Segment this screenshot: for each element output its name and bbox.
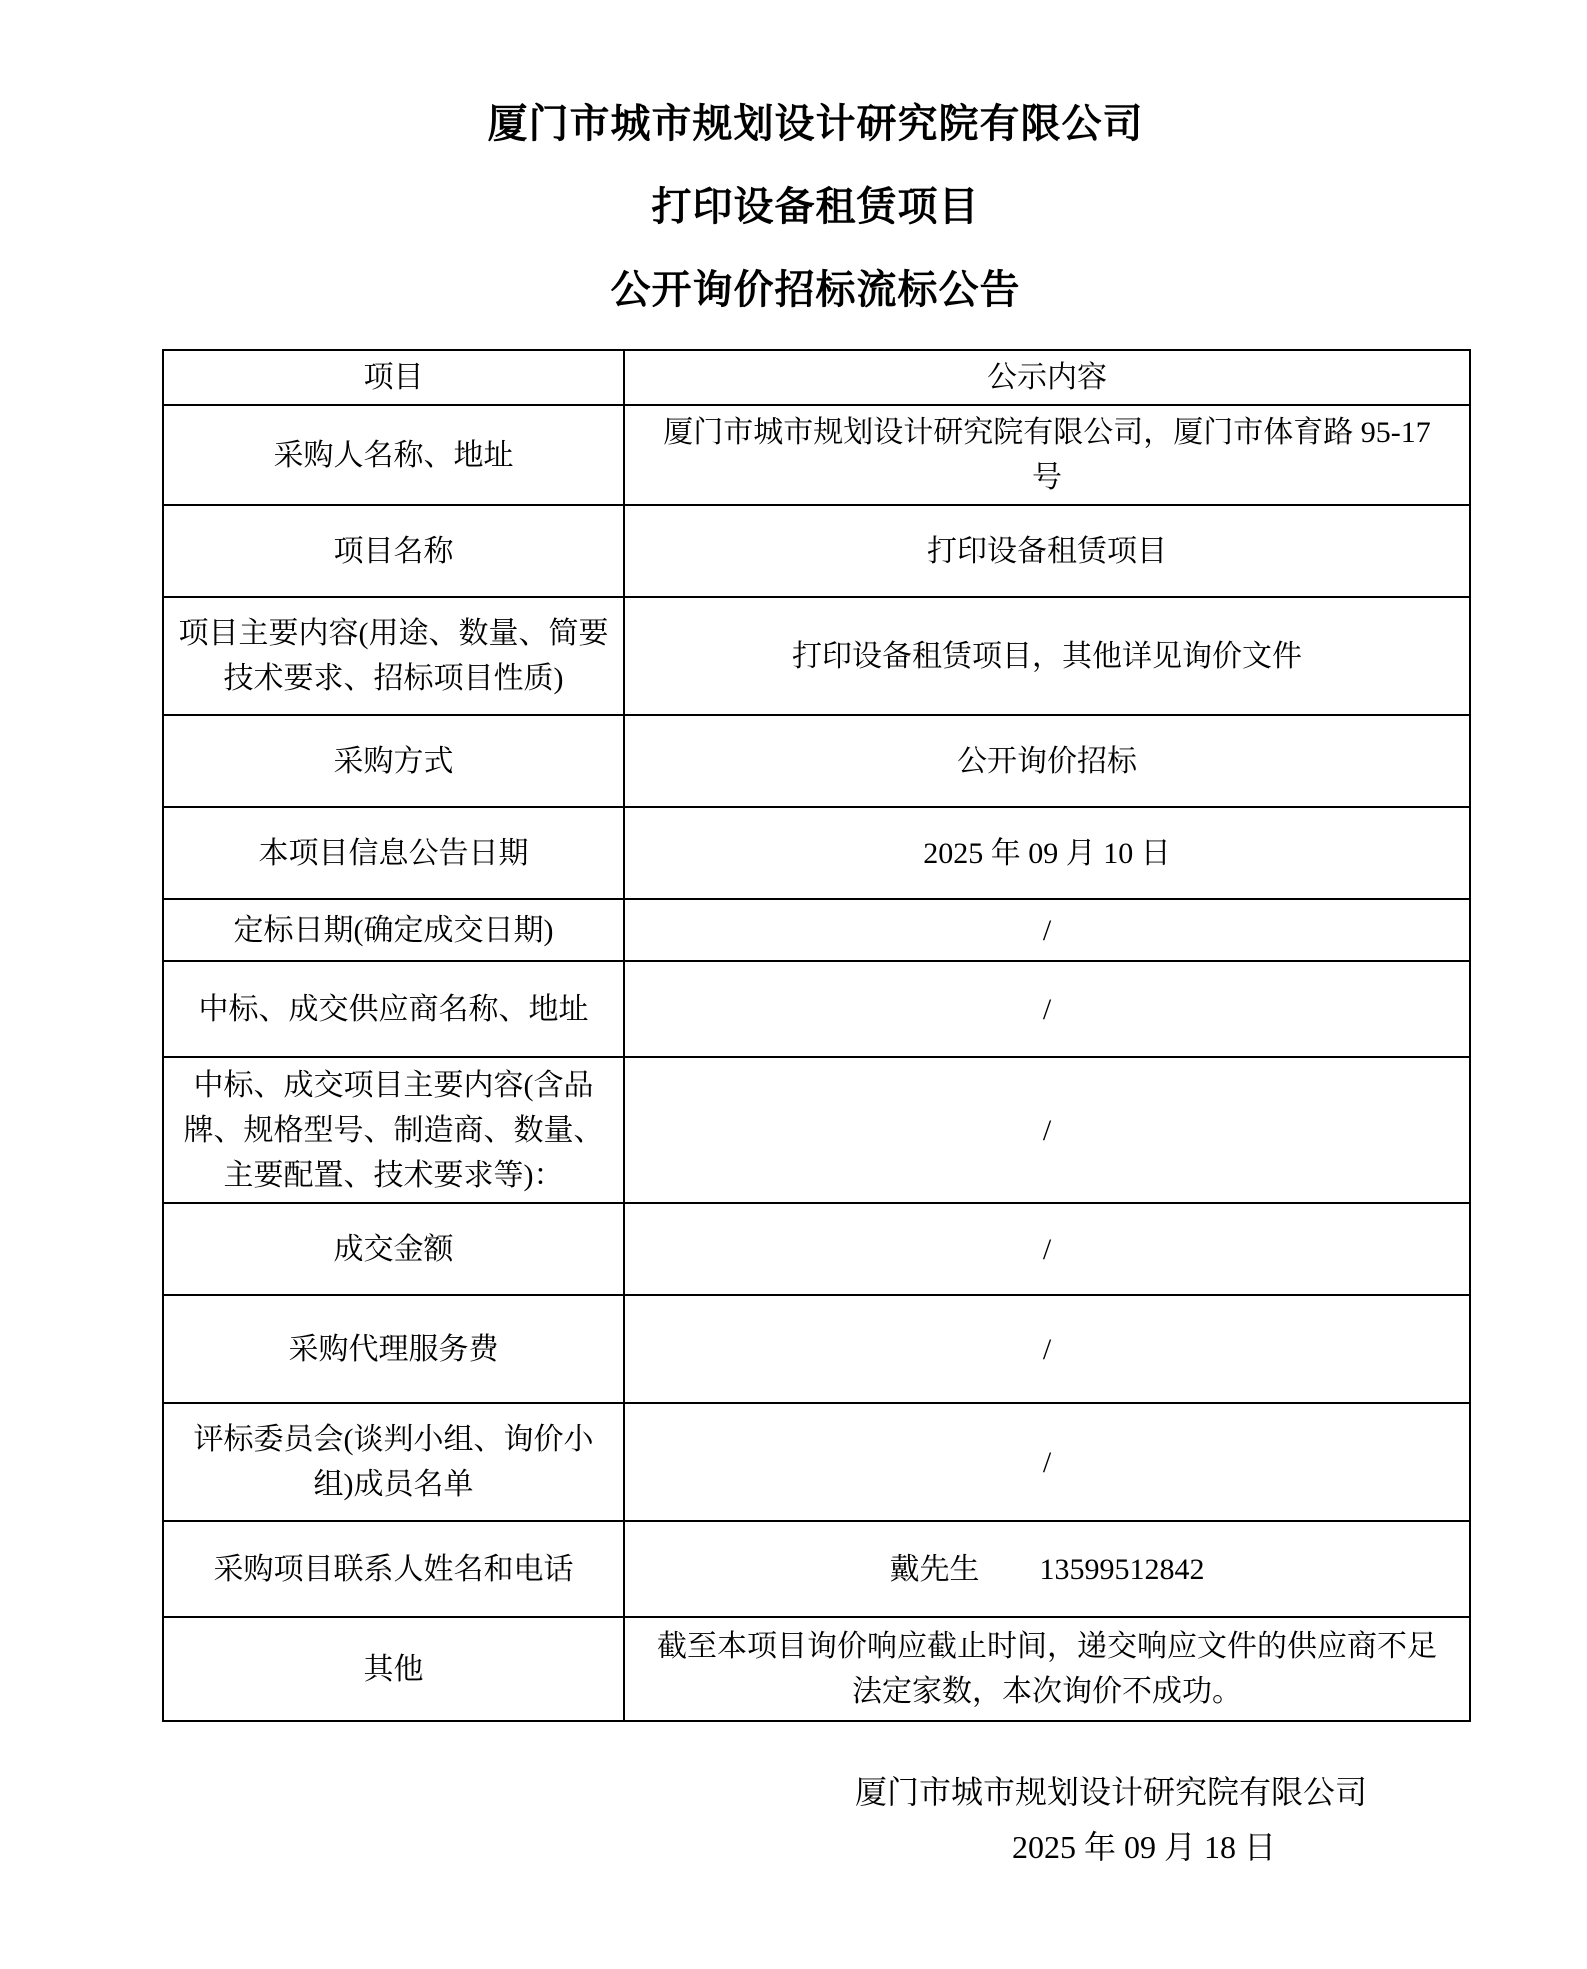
row-value: / <box>624 961 1470 1057</box>
table-row: 成交金额 / <box>163 1203 1470 1295</box>
document-content: 厦门市城市规划设计研究院有限公司 打印设备租赁项目 公开询价招标流标公告 项目 … <box>162 0 1469 1722</box>
table-row: 中标、成交项目主要内容(含品牌、规格型号、制造商、数量、主要配置、技术要求等)：… <box>163 1057 1470 1203</box>
row-label: 采购代理服务费 <box>163 1295 624 1403</box>
row-value: / <box>624 1403 1470 1521</box>
row-label: 采购项目联系人姓名和电话 <box>163 1521 624 1617</box>
row-value: / <box>624 1057 1470 1203</box>
row-label: 项目名称 <box>163 505 624 597</box>
row-label: 中标、成交供应商名称、地址 <box>163 961 624 1057</box>
row-label: 其他 <box>163 1617 624 1721</box>
table-row: 采购人名称、地址 厦门市城市规划设计研究院有限公司，厦门市体育路 95-17 号 <box>163 405 1470 505</box>
table-row: 中标、成交供应商名称、地址 / <box>163 961 1470 1057</box>
row-label: 定标日期(确定成交日期) <box>163 899 624 961</box>
row-label: 中标、成交项目主要内容(含品牌、规格型号、制造商、数量、主要配置、技术要求等)： <box>163 1057 624 1203</box>
table-row: 采购方式 公开询价招标 <box>163 715 1470 807</box>
row-value: 厦门市城市规划设计研究院有限公司，厦门市体育路 95-17 号 <box>624 405 1470 505</box>
row-value: 2025 年 09 月 10 日 <box>624 807 1470 899</box>
title-block: 厦门市城市规划设计研究院有限公司 打印设备租赁项目 公开询价招标流标公告 <box>162 0 1469 314</box>
doc-title-project: 打印设备租赁项目 <box>162 183 1469 231</box>
row-value: / <box>624 899 1470 961</box>
table-header-row: 项目 公示内容 <box>163 350 1470 405</box>
row-label: 本项目信息公告日期 <box>163 807 624 899</box>
row-label: 项目主要内容(用途、数量、简要技术要求、招标项目性质) <box>163 597 624 715</box>
table-row: 定标日期(确定成交日期) / <box>163 899 1470 961</box>
table-row: 项目名称 打印设备租赁项目 <box>163 505 1470 597</box>
table-header-content: 公示内容 <box>624 350 1470 405</box>
table-row: 评标委员会(谈判小组、询价小组)成员名单 / <box>163 1403 1470 1521</box>
row-value: 打印设备租赁项目，其他详见询价文件 <box>624 597 1470 715</box>
table-row: 采购代理服务费 / <box>163 1295 1470 1403</box>
notice-table: 项目 公示内容 采购人名称、地址 厦门市城市规划设计研究院有限公司，厦门市体育路… <box>162 349 1471 1722</box>
doc-title-company: 厦门市城市规划设计研究院有限公司 <box>162 100 1469 148</box>
signature-date: 2025 年 09 月 18 日 <box>1012 1825 1276 1869</box>
signature-company: 厦门市城市规划设计研究院有限公司 <box>855 1770 1367 1814</box>
row-value: / <box>624 1295 1470 1403</box>
row-value: 截至本项目询价响应截止时间，递交响应文件的供应商不足法定家数，本次询价不成功。 <box>624 1617 1470 1721</box>
table-row: 本项目信息公告日期 2025 年 09 月 10 日 <box>163 807 1470 899</box>
row-value: 公开询价招标 <box>624 715 1470 807</box>
doc-title-announcement: 公开询价招标流标公告 <box>162 266 1469 314</box>
table-header-item: 项目 <box>163 350 624 405</box>
row-label: 采购方式 <box>163 715 624 807</box>
row-value: 打印设备租赁项目 <box>624 505 1470 597</box>
row-label: 采购人名称、地址 <box>163 405 624 505</box>
document-page: 厦门市城市规划设计研究院有限公司 打印设备租赁项目 公开询价招标流标公告 项目 … <box>0 0 1587 1969</box>
row-value: 戴先生 13599512842 <box>624 1521 1470 1617</box>
table-row: 采购项目联系人姓名和电话 戴先生 13599512842 <box>163 1521 1470 1617</box>
table-row: 其他 截至本项目询价响应截止时间，递交响应文件的供应商不足法定家数，本次询价不成… <box>163 1617 1470 1721</box>
row-value: / <box>624 1203 1470 1295</box>
row-label: 成交金额 <box>163 1203 624 1295</box>
row-label: 评标委员会(谈判小组、询价小组)成员名单 <box>163 1403 624 1521</box>
table-row: 项目主要内容(用途、数量、简要技术要求、招标项目性质) 打印设备租赁项目，其他详… <box>163 597 1470 715</box>
